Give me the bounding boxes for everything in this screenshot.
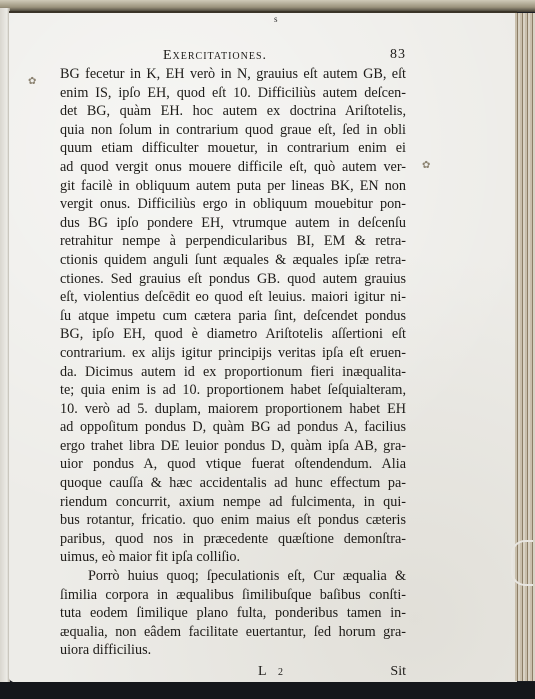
text-line: ad oppoſitum pondus D, quàm BG ad pondus…: [60, 418, 406, 437]
text-block: Exercitationes. 83 BG fecetur in K, EH v…: [60, 45, 406, 682]
text-line: enim IS, ipſo EH, quod eſt 10. Difficili…: [60, 84, 406, 103]
text-line: te; quia enim is ad 10. proportionem hab…: [60, 381, 406, 400]
text-line: uimus, eò maior fit ipſa colliſio.: [60, 548, 406, 567]
text-line: da. Dicimus autem id ex proportionum fie…: [60, 363, 406, 382]
printer-ornament-icon: ✿: [28, 76, 36, 87]
text-line: uiora difficilius.: [60, 641, 406, 660]
text-line: uior pondus A, quod vtique fuerat oſtend…: [60, 455, 406, 474]
text-line: vergit onus. Difficiliùs ergo in obliquu…: [60, 195, 406, 214]
text-line: ſu atque impetu cum cætera paria ſint, d…: [60, 307, 406, 326]
paragraph-2: Porrò huius quoq; ſpeculationis eſt, Cur…: [60, 567, 406, 660]
signature-letter: L: [258, 664, 267, 680]
text-line: det BG, quàm EH. hoc autem ex doctrina A…: [60, 102, 406, 121]
text-line: bus rotantur, fricatio. quo enim maius e…: [60, 511, 406, 530]
text-line: dus BG ipſo pondere EH, vtrumque autem i…: [60, 214, 406, 233]
text-line: BG fecetur in K, EH verò in N, grauius e…: [60, 65, 406, 84]
text-line: ctiones. Sed grauius eſt pondus GB. quod…: [60, 270, 406, 289]
text-line: riendum concurrit, axium nempe ad fulcim…: [60, 493, 406, 512]
background-shadow: [0, 682, 535, 699]
text-line: git facilè in obliquum autem puta per li…: [60, 177, 406, 196]
signature-number: 2: [278, 667, 283, 678]
bookmark-ribbon: [511, 540, 533, 586]
text-line: 10. verò ad 5. duplam, maiorem proportio…: [60, 400, 406, 419]
text-line: Porrò huius quoq; ſpeculationis eſt, Cur…: [60, 567, 406, 586]
text-line: ad quod vergit onus mouere difficile eſt…: [60, 158, 406, 177]
text-line: tuta eodem ſimilique plano fulta, ponder…: [60, 604, 406, 623]
text-line: quoque cauſſa & hæc accidentalis ad hunc…: [60, 474, 406, 493]
text-line: quum etiam difficulter mouetur, in contr…: [60, 139, 406, 158]
text-line: contrarium. ex alijs igitur principijs v…: [60, 344, 406, 363]
paragraph-1: BG fecetur in K, EH verò in N, grauius e…: [60, 65, 406, 567]
text-line: eſt, violentius deſcēdit eo quod eſt leu…: [60, 288, 406, 307]
text-line: BG, ipſo EH, quod è diametro Ariſtotelis…: [60, 325, 406, 344]
top-signature-mark: s: [274, 14, 278, 24]
running-head: Exercitationes. 83: [60, 45, 406, 65]
printer-ornament-icon: ✿: [422, 160, 430, 171]
text-line: paribus, quod nos in præcedente quæſtion…: [60, 530, 406, 549]
page-number: 83: [390, 47, 406, 63]
page-footer: L 2 Sit: [60, 662, 406, 682]
text-line: retrahitur nempe à perpendicularibus BI,…: [60, 232, 406, 251]
text-line: ctionis quidem anguli ſunt æquales & æqu…: [60, 251, 406, 270]
text-line: quia non ſolum in contrarium quod graue …: [60, 121, 406, 140]
running-title: Exercitationes.: [163, 48, 267, 64]
catchword: Sit: [390, 664, 406, 680]
text-line: æqualia, non eâdem facilitate euertantur…: [60, 623, 406, 642]
text-line: ſimilia corpora in æqualibus ſimilibuſqu…: [60, 586, 406, 605]
text-line: ergo trahet libra DE leuior pondus D, qu…: [60, 437, 406, 456]
